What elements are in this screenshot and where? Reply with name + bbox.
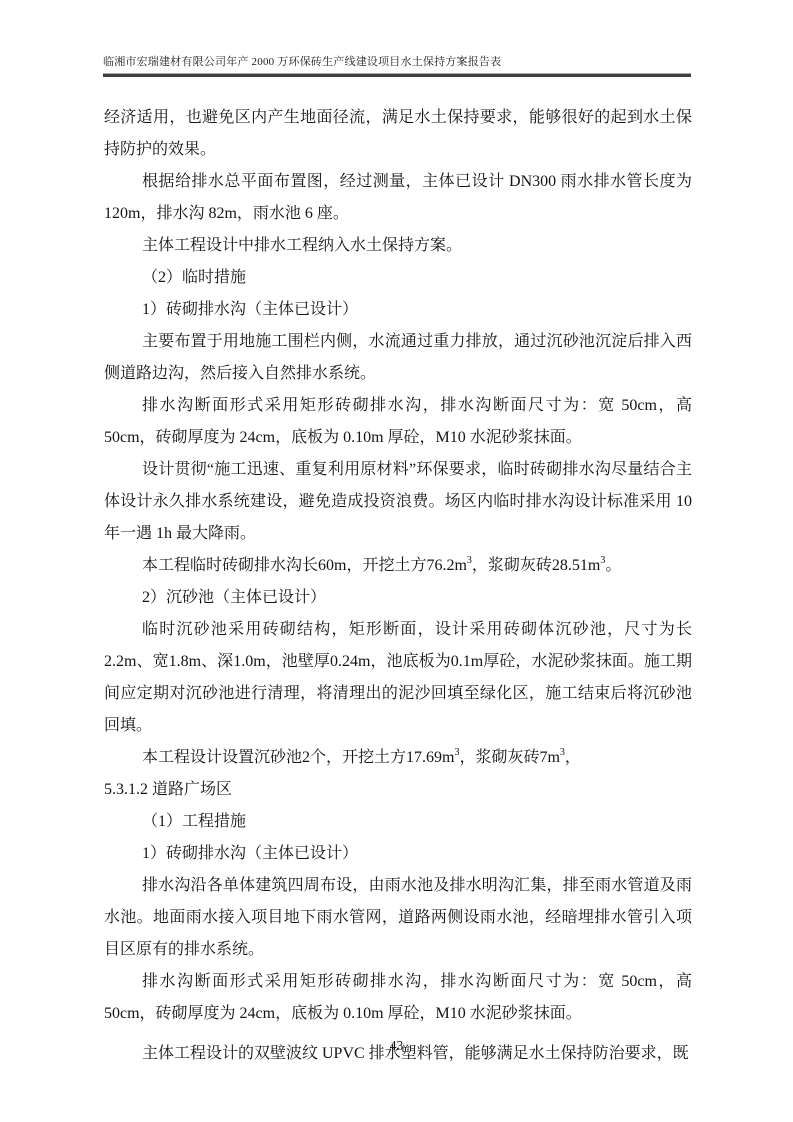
text-run: 根据给排水总平面布置图，经过测量，主体已设计 DN300 雨水排水管长度为120… xyxy=(104,173,692,222)
paragraph: 根据给排水总平面布置图，经过测量，主体已设计 DN300 雨水排水管长度为120… xyxy=(104,166,692,230)
text-run: 本工程设计设置沉砂池2个，开挖土方17.69m xyxy=(142,749,454,766)
text-run: 2）沉砂池（主体已设计） xyxy=(142,589,326,606)
text-run: 5.3.1.2 道路广场区 xyxy=(104,781,232,798)
page-footer: 43 xyxy=(0,1038,793,1054)
superscript: 3 xyxy=(600,555,605,566)
text-run: 本工程临时砖砌排水沟长60m，开挖土方76.2m xyxy=(142,557,467,574)
text-run: 排水沟断面形式采用矩形砖砌排水沟，排水沟断面尺寸为：宽 50cm，高 50cm，… xyxy=(104,973,692,1022)
text-run: ，浆砌灰砖28.51m xyxy=(472,557,600,574)
paragraph: 经济适用，也避免区内产生地面径流，满足水土保持要求，能够很好的起到水土保持防护的… xyxy=(104,102,692,166)
text-run: 主体工程设计中排水工程纳入水土保持方案。 xyxy=(142,237,462,254)
superscript: 3 xyxy=(560,747,565,758)
document-body: 经济适用，也避免区内产生地面径流，满足水土保持要求，能够很好的起到水土保持防护的… xyxy=(104,102,692,1070)
paragraph: 临时沉砂池采用砖砌结构，矩形断面，设计采用砖砌体沉砂池，尺寸为长2.2m、宽1.… xyxy=(104,614,692,742)
paragraph: 排水沟断面形式采用矩形砖砌排水沟，排水沟断面尺寸为：宽 50cm，高 50cm，… xyxy=(104,966,692,1030)
page-header: 临湘市宏瑞建材有限公司年产 2000 万环保砖生产线建设项目水土保持方案报告表 xyxy=(103,53,691,77)
paragraph: 1）砖砌排水沟（主体已设计） xyxy=(104,838,692,870)
text-run: 1）砖砌排水沟（主体已设计） xyxy=(142,845,358,862)
paragraph: 1）砖砌排水沟（主体已设计） xyxy=(104,294,692,326)
text-run: 主要布置于用地施工围栏内侧，水流通过重力排放，通过沉砂池沉淀后排入西侧道路边沟，… xyxy=(104,333,692,382)
paragraph: 本工程临时砖砌排水沟长60m，开挖土方76.2m3，浆砌灰砖28.51m3。 xyxy=(104,550,692,582)
paragraph: 2）沉砂池（主体已设计） xyxy=(104,582,692,614)
paragraph: 排水沟沿各单体建筑四周布设，由雨水池及排水明沟汇集，排至雨水管道及雨水池。地面雨… xyxy=(104,870,692,966)
paragraph: 排水沟断面形式采用矩形砖砌排水沟，排水沟断面尺寸为：宽 50cm，高 50cm，… xyxy=(104,390,692,454)
page-number: 43 xyxy=(390,1038,404,1053)
text-run: 经济适用，也避免区内产生地面径流，满足水土保持要求，能够很好的起到水土保持防护的… xyxy=(104,109,692,158)
text-run: （2）临时措施 xyxy=(142,269,246,286)
superscript: 3 xyxy=(467,555,472,566)
section-heading: 5.3.1.2 道路广场区 xyxy=(104,774,692,806)
paragraph: （2）临时措施 xyxy=(104,262,692,294)
text-run: ，浆砌灰砖7m xyxy=(459,749,559,766)
text-run: 1）砖砌排水沟（主体已设计） xyxy=(142,301,358,318)
document-page: 临湘市宏瑞建材有限公司年产 2000 万环保砖生产线建设项目水土保持方案报告表 … xyxy=(0,0,793,1122)
paragraph: 设计贯彻“施工迅速、重复利用原材料”环保要求，临时砖砌排水沟尽量结合主体设计永久… xyxy=(104,454,692,550)
superscript: 3 xyxy=(454,747,459,758)
text-run: 排水沟沿各单体建筑四周布设，由雨水池及排水明沟汇集，排至雨水管道及雨水池。地面雨… xyxy=(104,877,692,958)
paragraph: （1）工程措施 xyxy=(104,806,692,838)
text-run: 设计贯彻“施工迅速、重复利用原材料”环保要求，临时砖砌排水沟尽量结合主体设计永久… xyxy=(104,461,692,542)
header-title: 临湘市宏瑞建材有限公司年产 2000 万环保砖生产线建设项目水土保持方案报告表 xyxy=(103,53,691,69)
text-run: 临时沉砂池采用砖砌结构，矩形断面，设计采用砖砌体沉砂池，尺寸为长2.2m、宽1.… xyxy=(104,621,692,734)
paragraph: 本工程设计设置沉砂池2个，开挖土方17.69m3，浆砌灰砖7m3， xyxy=(104,742,692,774)
header-rule xyxy=(103,73,691,77)
text-run: ， xyxy=(565,749,581,766)
text-run: 排水沟断面形式采用矩形砖砌排水沟，排水沟断面尺寸为：宽 50cm，高 50cm，… xyxy=(104,397,692,446)
text-run: 。 xyxy=(605,557,621,574)
paragraph: 主要布置于用地施工围栏内侧，水流通过重力排放，通过沉砂池沉淀后排入西侧道路边沟，… xyxy=(104,326,692,390)
text-run: （1）工程措施 xyxy=(142,813,246,830)
paragraph: 主体工程设计中排水工程纳入水土保持方案。 xyxy=(104,230,692,262)
